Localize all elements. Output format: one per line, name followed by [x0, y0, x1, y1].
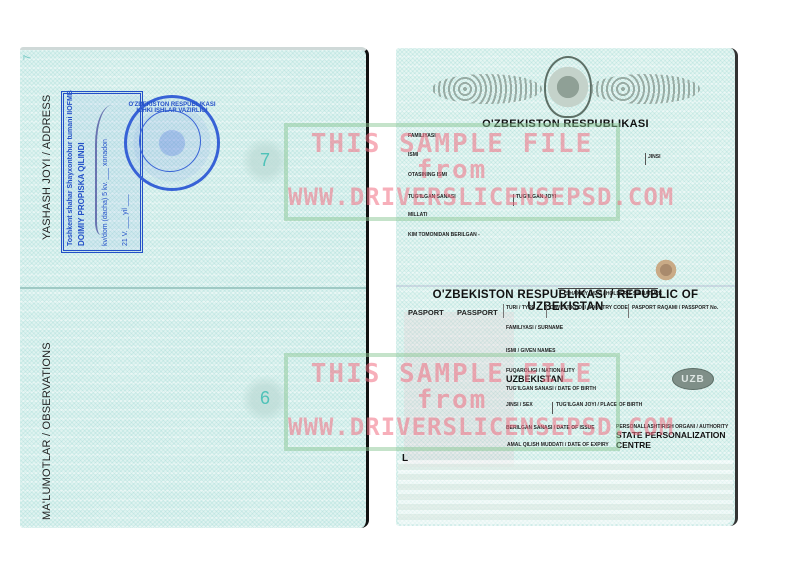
header-country-code: DAVLAT KODI / COUNTRY CODE: [550, 305, 628, 311]
watermark-line-3: WWW.DRIVERSLICENSEPSD.COM: [288, 413, 616, 441]
handwritten-signature: [95, 105, 152, 235]
header-divider: [503, 304, 504, 318]
mrz-marker: L: [402, 453, 408, 464]
sample-watermark: THIS SAMPLE FILE from WWW.DRIVERSLICENSE…: [284, 353, 620, 451]
field-label-kim-tomonidan: KIM TOMONIDAN BERILGAN -: [408, 232, 480, 238]
state-emblem-ornament: [432, 56, 700, 114]
page-number-glyph: 7: [242, 150, 288, 171]
ornament-right: [590, 74, 700, 104]
sample-watermark: THIS SAMPLE FILE from WWW.DRIVERSLICENSE…: [284, 123, 620, 221]
doc-label-uz: PASPORT: [408, 308, 444, 317]
page-fold-line: [396, 285, 735, 287]
right-passport-page: O'ZBEKISTON RESPUBLIKASI FAMILIYASI ISMI…: [396, 48, 738, 526]
observations-label: MA'LUMOTLAR / OBSERVATIONS: [41, 342, 53, 520]
doc-label-en: PASSPORT: [457, 308, 498, 317]
header-passport-no: PASPORT RAQAMI / PASSPORT No.: [632, 305, 718, 311]
watermark-line-2: from: [288, 385, 616, 415]
field-divider: [645, 153, 646, 165]
stamp-line-2: DOIMIY PROPISKA QILINDI: [77, 142, 86, 246]
hologram-icon: [654, 258, 678, 282]
uzbekistan-emblem-icon: [544, 56, 592, 118]
ornament-left: [432, 74, 542, 104]
uzb-security-badge: UZB: [672, 368, 714, 390]
page-number-top: 7: [22, 55, 33, 61]
security-rosette-icon: 7: [242, 138, 288, 184]
authority-value-line2: CENTRE: [616, 440, 651, 450]
address-label: YASHASH JOYI / ADDRESS: [41, 95, 53, 240]
field-label-surname: FAMILIYASI / SURNAME: [506, 325, 563, 331]
machine-readable-zone: [398, 460, 733, 524]
security-rosette-icon: 6: [242, 376, 288, 422]
watermark-line-3: WWW.DRIVERSLICENSEPSD.COM: [288, 183, 616, 211]
header-divider: [546, 304, 547, 318]
header-type: TURI / TYPE: [506, 305, 535, 311]
left-passport-page: YASHASH JOYI / ADDRESS MA'LUMOTLAR / OBS…: [20, 47, 369, 528]
stamp-line-1: Toshkent shahar Shayxontohur tumani IIOF…: [67, 90, 74, 246]
watermark-line-2: from: [288, 155, 616, 185]
field-label-jinsi: JINSI: [648, 154, 661, 160]
header-divider: [628, 304, 629, 318]
page-number-glyph: 6: [242, 388, 288, 409]
page-fold-line: [20, 287, 366, 289]
